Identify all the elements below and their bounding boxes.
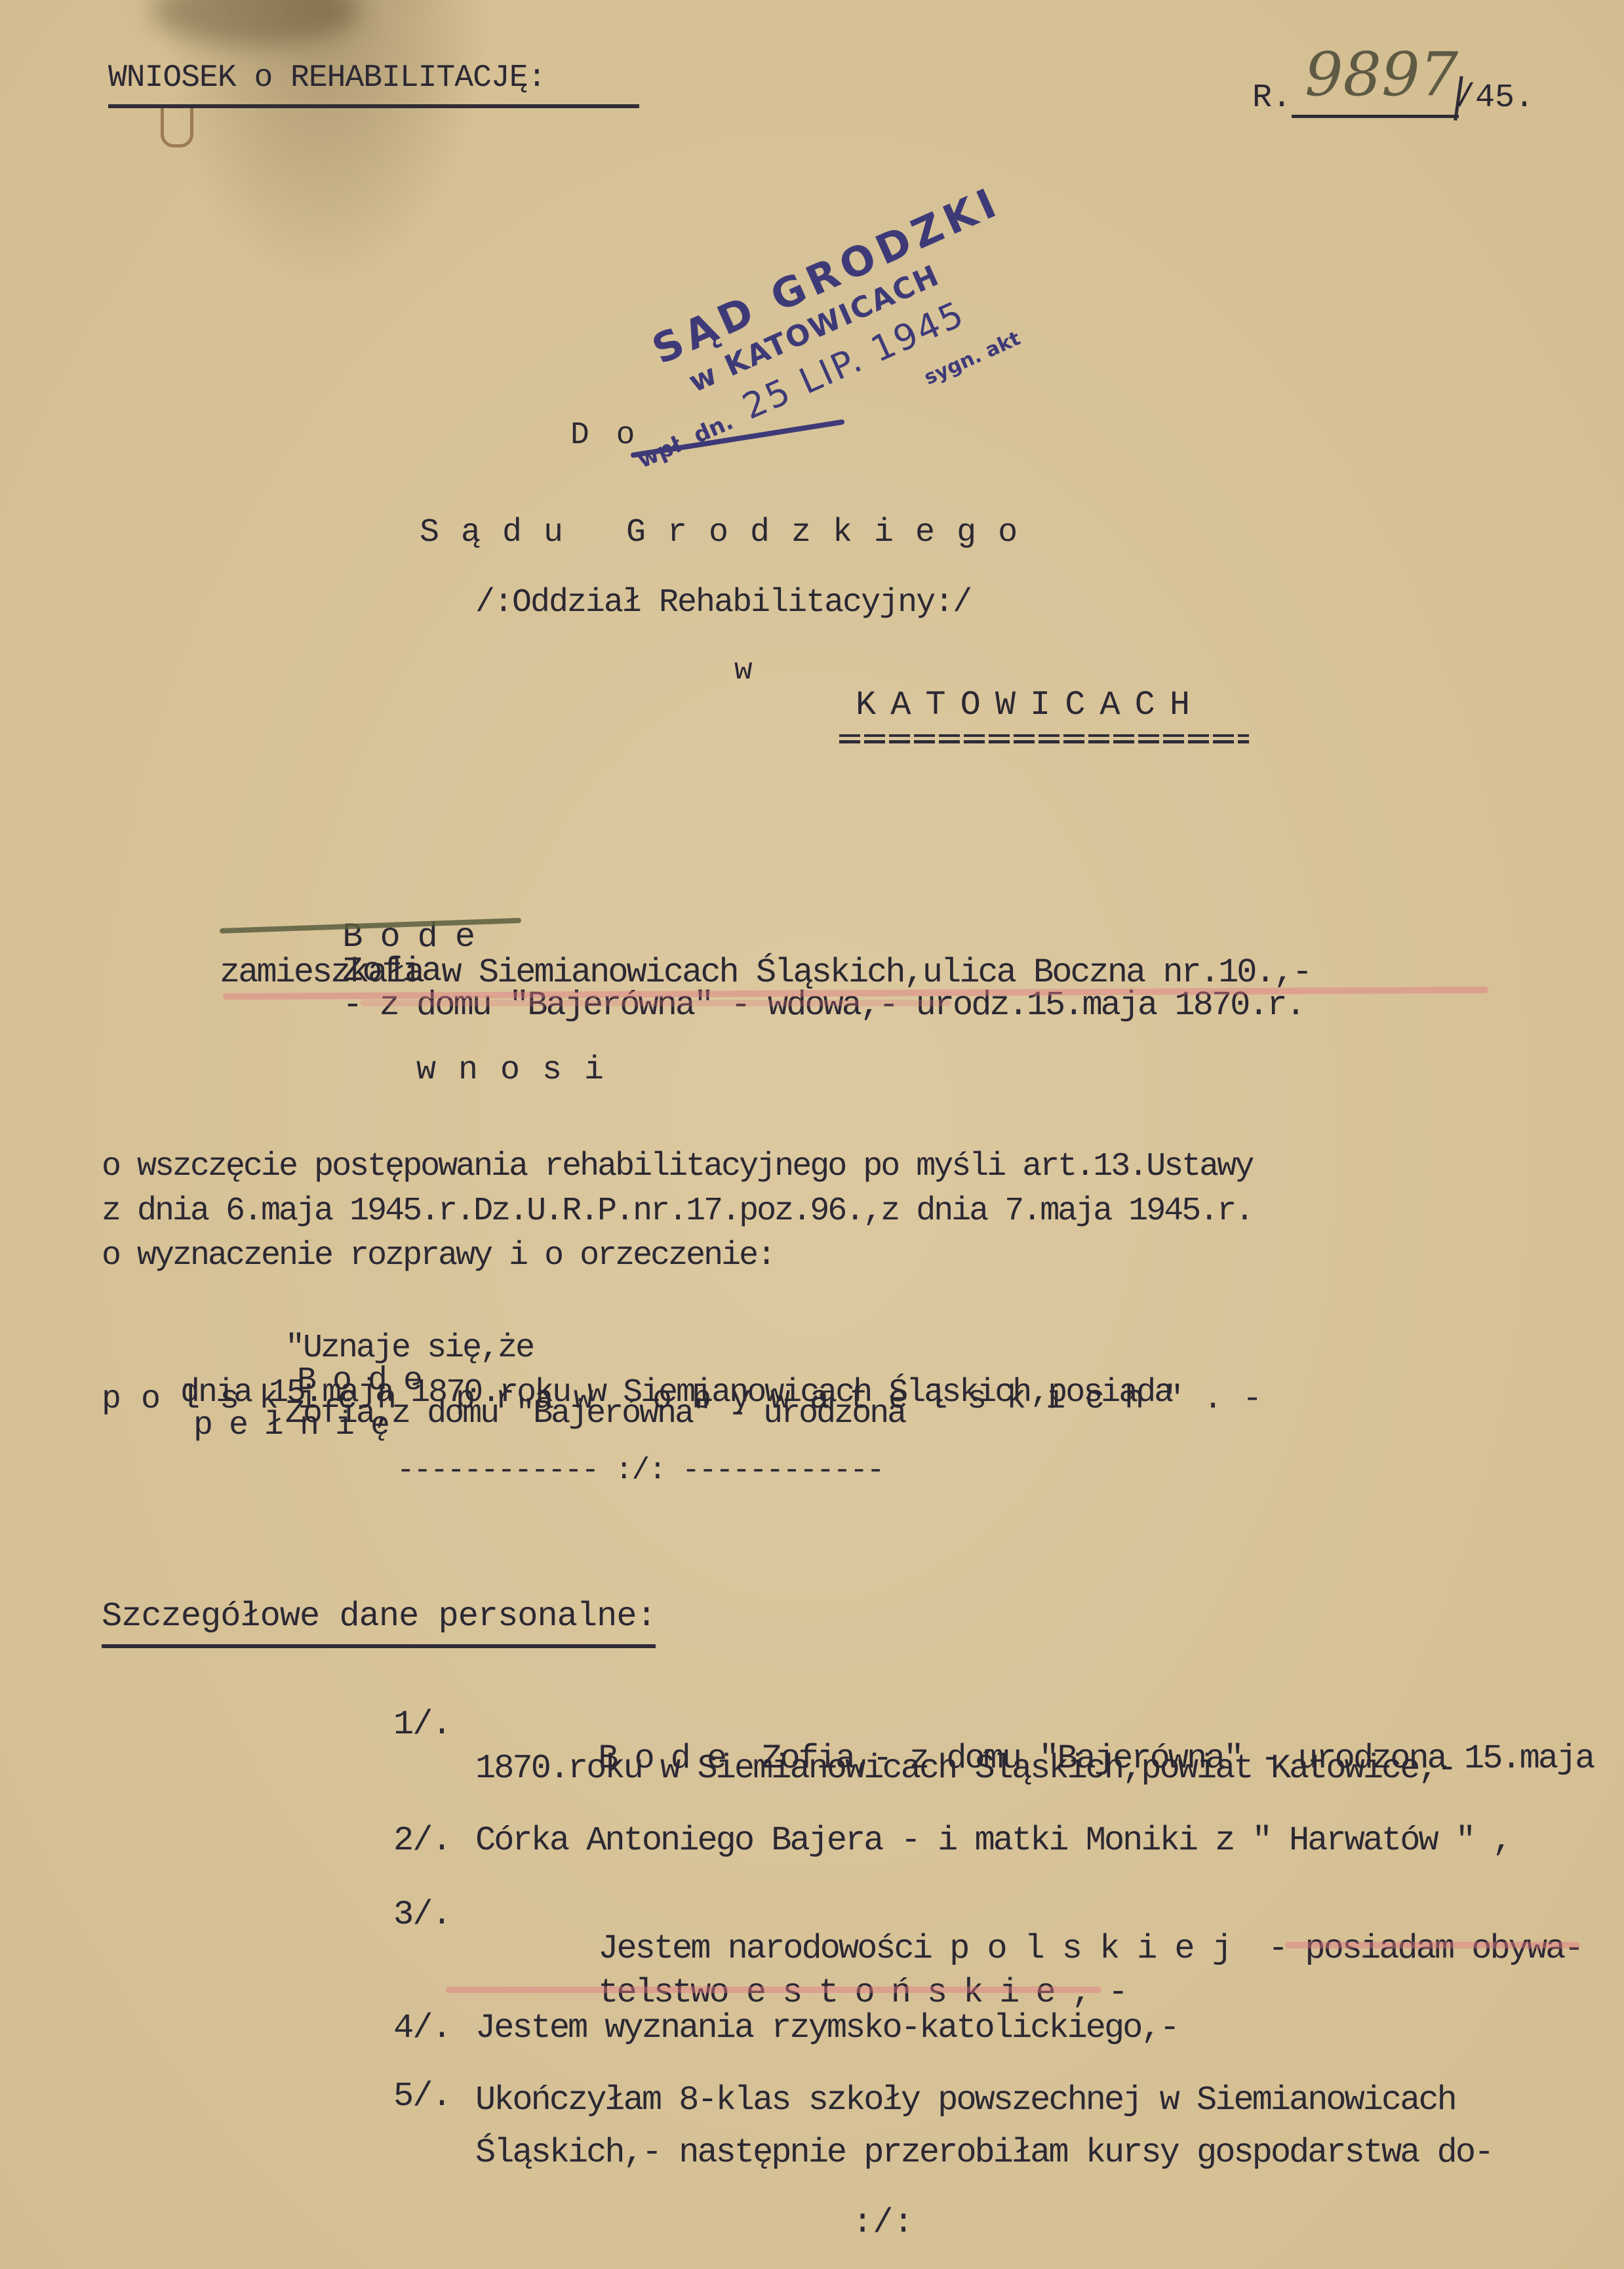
item-4-number: 4/. <box>393 2011 451 2045</box>
red-pencil-underline-citizenship <box>1285 1942 1580 1948</box>
address-preposition: w <box>734 656 753 686</box>
request-verb: wnosi <box>416 1054 626 1087</box>
red-pencil-underline-2 <box>361 1000 951 1006</box>
personal-data-heading: Szczegółowe dane personalne: <box>102 1600 656 1648</box>
stamp-line-court: SĄD GRODZKI <box>645 177 1008 374</box>
document-title: WNIOSEK o REHABILITACJĘ: <box>108 62 639 108</box>
item-5-line-2: Śląskich,- następnie przerobiłam kursy g… <box>475 2136 1492 2170</box>
item-2-line-1: Córka Antoniego Bajera - i matki Moniki … <box>475 1824 1511 1858</box>
request-line-1: o wszczęcie postępowania rehabilitacyjne… <box>102 1151 1252 1183</box>
address-division: /:Oddział Rehabilitacyjny:/ <box>475 587 971 620</box>
item-5-line-1: Ukończyłam 8-klas szkoły powszechnej w S… <box>475 2083 1456 2118</box>
case-prefix: R. <box>1252 82 1292 115</box>
quote-line-3: polskich praw obywatelskich".- <box>102 1383 1282 1416</box>
red-pencil-underline-estonian <box>446 1986 1101 1993</box>
court-received-stamp: SĄD GRODZKI w KATOWICACH wpł. dn. 25 LIP… <box>549 170 1090 564</box>
case-number: R. 9897 /45. <box>1239 39 1541 131</box>
section-separator: ------------ :/: ------------ <box>397 1455 884 1486</box>
item-1-number: 1/. <box>393 1708 451 1742</box>
case-suffix: /45. <box>1456 82 1534 115</box>
applicant-line-2: zamieszkała w Siemianowicach Śląskich,ul… <box>220 956 1311 990</box>
item-5-number: 5/. <box>393 2080 451 2114</box>
item-3-number: 3/. <box>393 1898 451 1932</box>
address-city: KATOWICACH <box>856 688 1204 722</box>
item-1-line-2: 1870.roku w Siemianowicach Śląskich,powi… <box>475 1752 1456 1786</box>
item-2-number: 2/. <box>393 1824 451 1858</box>
case-number-underline <box>1292 115 1459 118</box>
item-3-part-c: - posiadam obywa- <box>1250 1929 1583 1968</box>
page-continuation-mark: :/: <box>852 2206 914 2240</box>
staple-mark <box>161 105 193 148</box>
address-to: D o <box>570 420 639 451</box>
case-number-handwritten: 9897 <box>1305 45 1458 105</box>
city-double-underline <box>839 734 1249 743</box>
request-line-2: z dnia 6.maja 1945.r.Dz.U.R.P.nr.17.poz.… <box>102 1195 1252 1228</box>
request-line-3: o wyznaczenie rozprawy i o orzeczenie: <box>102 1240 774 1273</box>
paper-stain <box>151 0 361 46</box>
address-court: Sądu Grodzkiego <box>420 517 1039 549</box>
item-4-line-1: Jestem wyznania rzymsko-katolickiego,- <box>475 2011 1178 2045</box>
